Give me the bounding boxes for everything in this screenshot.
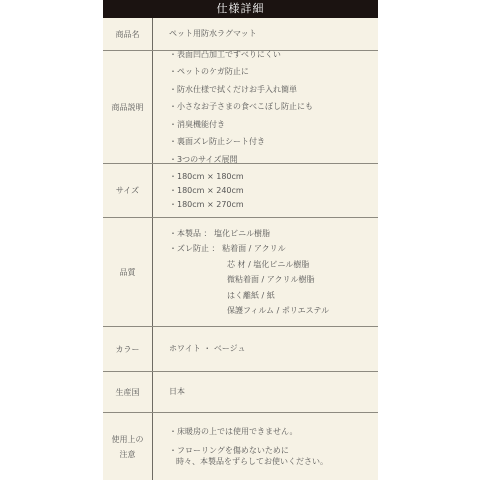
quality-line: ・ズレ防止 ： 粘着面 / アクリル — [169, 241, 378, 257]
caution-item: 時々、本製品をずらしてお使いください。 — [169, 457, 378, 467]
label-product-name: 商品名 — [103, 18, 153, 50]
size-item: ・180cm × 270cm — [169, 198, 378, 212]
quality-line: 微粘着面 / アクリル樹脂 — [169, 272, 378, 288]
row-size: サイズ ・180cm × 180cm ・180cm × 240cm ・180cm… — [103, 164, 378, 218]
row-description: 商品説明 ・表面凹凸加工ですべりにくい ・ペットのケガ防止に ・防水仕様で拭くだ… — [103, 51, 378, 164]
quality-line: 保護フィルム / ポリエステル — [169, 303, 378, 319]
row-caution: 使用上の 注意 ・床暖房の上では使用できません。 ・フローリングを傷めないために… — [103, 413, 378, 480]
value-color: ホワイト ・ ベージュ — [153, 327, 378, 371]
description-item: ・消臭機能付き — [169, 116, 378, 134]
caution-item: ・フローリングを傷めないために — [169, 445, 378, 457]
row-color: カラー ホワイト ・ ベージュ — [103, 327, 378, 372]
size-item: ・180cm × 240cm — [169, 184, 378, 198]
quality-line: ・本製品 ： 塩化ビニル樹脂 — [169, 226, 378, 242]
value-size: ・180cm × 180cm ・180cm × 240cm ・180cm × 2… — [153, 164, 378, 217]
label-caution: 使用上の 注意 — [103, 413, 153, 480]
quality-line: 芯 材 / 塩化ビニル樹脂 — [169, 257, 378, 273]
value-caution: ・床暖房の上では使用できません。 ・フローリングを傷めないために 時々、本製品を… — [153, 413, 378, 480]
label-origin: 生産国 — [103, 372, 153, 412]
description-item: ・ペットのケガ防止に — [169, 63, 378, 81]
value-origin: 日本 — [153, 372, 378, 412]
caution-item: ・床暖房の上では使用できません。 — [169, 423, 378, 441]
quality-line: はく離紙 / 紙 — [169, 288, 378, 304]
value-quality: ・本製品 ： 塩化ビニル樹脂 ・ズレ防止 ： 粘着面 / アクリル 芯 材 / … — [153, 218, 378, 326]
description-item: ・裏面ズレ防止シート付き — [169, 133, 378, 151]
description-item: ・表面凹凸加工ですべりにくい — [169, 46, 378, 64]
row-origin: 生産国 日本 — [103, 372, 378, 413]
description-item: ・防水仕様で拭くだけお手入れ簡単 — [169, 81, 378, 99]
label-color: カラー — [103, 327, 153, 371]
size-item: ・180cm × 180cm — [169, 170, 378, 184]
spec-title: 仕様詳細 — [103, 0, 378, 18]
row-quality: 品質 ・本製品 ： 塩化ビニル樹脂 ・ズレ防止 ： 粘着面 / アクリル 芯 材… — [103, 218, 378, 327]
label-description: 商品説明 — [103, 51, 153, 163]
description-item: ・小さなお子さまの食べこぼし防止にも — [169, 98, 378, 116]
spec-table: 仕様詳細 商品名 ペット用防水ラグマット 商品説明 ・表面凹凸加工ですべりにくい… — [103, 0, 378, 480]
label-quality: 品質 — [103, 218, 153, 326]
label-size: サイズ — [103, 164, 153, 217]
value-description: ・表面凹凸加工ですべりにくい ・ペットのケガ防止に ・防水仕様で拭くだけお手入れ… — [153, 51, 378, 163]
